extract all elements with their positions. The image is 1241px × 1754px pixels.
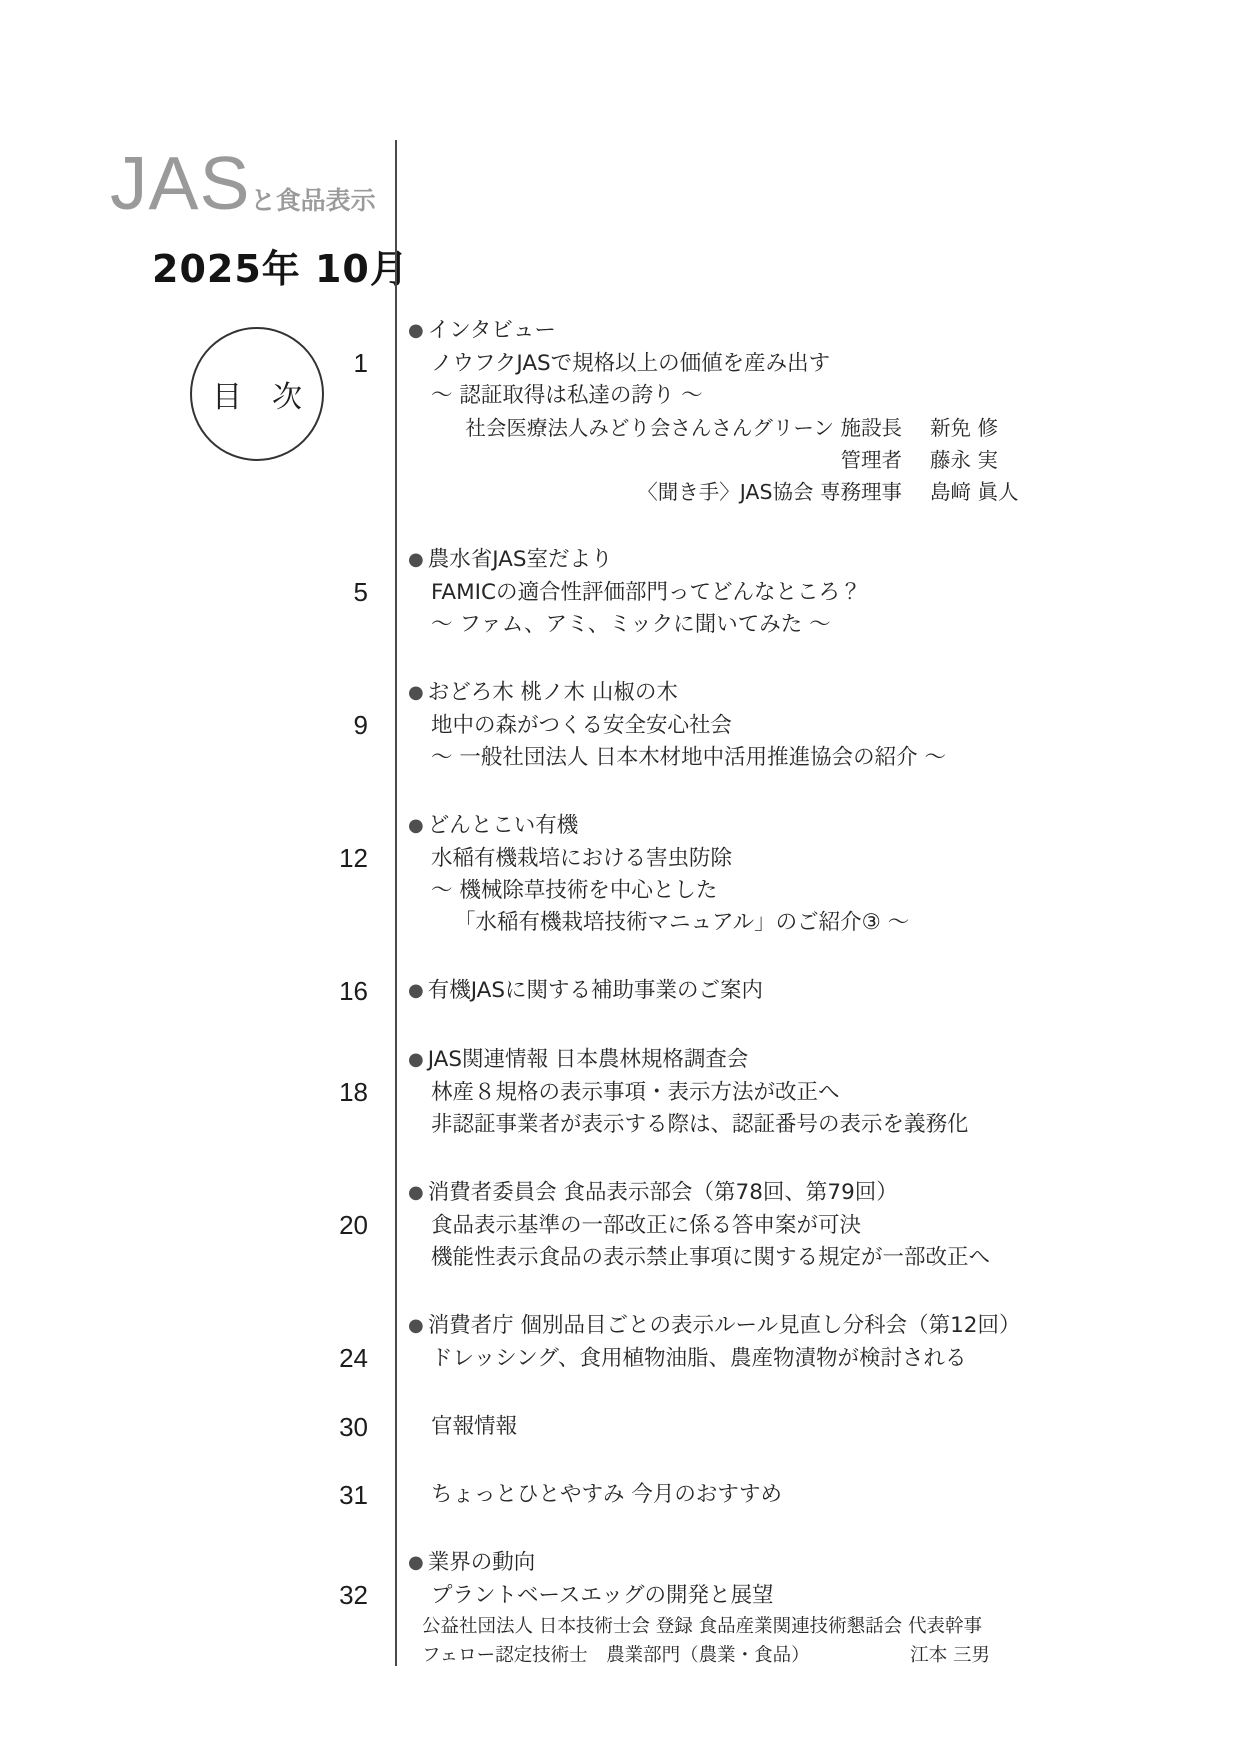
toc-entry-organic: 12 どんとこい有機 水稲有機栽培における害虫防除 ～ 機械除草技術を中心とした…: [0, 810, 1042, 939]
credit-name: 新免 修: [902, 412, 1042, 444]
credit-row: 〈聞き手〉JAS協会 専務理事島﨑 眞人: [408, 476, 1042, 508]
page-number: 9: [0, 677, 368, 774]
section-category-label: どんとこい有機: [428, 813, 579, 838]
article-subtitle-line: 「水稲有機栽培技術マニュアル」のご紹介③ ～: [408, 907, 1042, 939]
article-title-line: 官報情報: [408, 1411, 1042, 1443]
article-subtitle-line: ～ 機械除草技術を中心とした: [408, 875, 1042, 907]
page-number: 24: [0, 1310, 368, 1375]
article-title-line: プラントベースエッグの開発と展望: [408, 1580, 1042, 1612]
page-number: 5: [0, 544, 368, 641]
page-number: 1: [0, 315, 368, 508]
section-category-label: 農水省JAS室だより: [428, 547, 613, 572]
credit-name: 島﨑 眞人: [902, 476, 1042, 508]
article-subtitle-line: 機能性表示食品の表示禁止事項に関する規定が一部改正へ: [408, 1242, 1042, 1274]
toc-entry-consumer-committee: 20 消費者委員会 食品表示部会（第78回、第79回） 食品表示基準の一部改正に…: [0, 1177, 1042, 1274]
toc-entry-jas-info: 18 JAS関連情報 日本農林規格調査会 林産８規格の表示事項・表示方法が改正へ…: [0, 1044, 1042, 1141]
toc-entry-break: 31 ちょっとひとやすみ 今月のおすすめ: [0, 1479, 1042, 1511]
page-number: 31: [0, 1479, 368, 1511]
credit-role: フェロー認定技術士 農業部門（農業・食品）: [422, 1641, 810, 1670]
bullet-icon: [408, 1047, 424, 1072]
toc-entry-odoroki: 9 おどろ木 桃ノ木 山椒の木 地中の森がつくる安全安心社会 ～ 一般社団法人 …: [0, 677, 1042, 774]
article-subtitle-line: ～ 認証取得は私達の誇り ～: [408, 380, 1042, 412]
section-category: インタビュー: [408, 315, 1042, 348]
section-category: JAS関連情報 日本農林規格調査会: [408, 1044, 1042, 1077]
credit-line: 公益社団法人 日本技術士会 登録 食品産業関連技術懇話会 代表幹事: [422, 1612, 990, 1641]
article-subtitle-line: 非認証事業者が表示する際は、認証番号の表示を義務化: [408, 1109, 1042, 1141]
section-category-label: インタビュー: [428, 318, 556, 343]
article-title-line: 地中の森がつくる安全安心社会: [408, 710, 1042, 742]
section-category-label: おどろ木 桃ノ木 山椒の木: [428, 680, 678, 705]
bullet-icon: [408, 1180, 424, 1205]
toc-entry-industry-trends: 32 業界の動向 プラントベースエッグの開発と展望 公益社団法人 日本技術士会 …: [0, 1547, 1042, 1670]
section-category: 業界の動向: [408, 1547, 1042, 1580]
article-title-line: FAMICの適合性評価部門ってどんなところ？: [408, 577, 1042, 609]
article-title-line: ドレッシング、食用植物油脂、農産物漬物が検討される: [408, 1343, 1042, 1375]
bullet-icon: [408, 1550, 424, 1575]
magazine-logo: JASと食品表示: [110, 146, 376, 221]
table-of-contents: 1 インタビュー ノウフクJASで規格以上の価値を産み出す ～ 認証取得は私達の…: [0, 315, 1042, 1670]
toc-entry-subsidy: 16 有機JASに関する補助事業のご案内: [0, 975, 1042, 1008]
article-subtitle-line: ～ ファム、アミ、ミックに聞いてみた ～: [408, 609, 1042, 641]
article-subtitle-line: ～ 一般社団法人 日本木材地中活用推進協会の紹介 ～: [408, 742, 1042, 774]
article-title-line: ノウフクJASで規格以上の価値を産み出す: [408, 348, 1042, 380]
page-number: 32: [0, 1547, 368, 1670]
section-category-label: 有機JASに関する補助事業のご案内: [428, 978, 763, 1003]
credit-name: 江本 三男: [910, 1641, 990, 1670]
bullet-icon: [408, 547, 424, 572]
section-category: 有機JASに関する補助事業のご案内: [408, 975, 1042, 1008]
article-title-line: 水稲有機栽培における害虫防除: [408, 843, 1042, 875]
issue-date: 2025年 10月: [152, 238, 409, 293]
section-category-label: 業界の動向: [428, 1550, 536, 1575]
credit-name: 藤永 実: [902, 444, 1042, 476]
section-category: 消費者委員会 食品表示部会（第78回、第79回）: [408, 1177, 1042, 1210]
section-category: どんとこい有機: [408, 810, 1042, 843]
page-number: 18: [0, 1044, 368, 1141]
section-category: おどろ木 桃ノ木 山椒の木: [408, 677, 1042, 710]
credit-row: 社会医療法人みどり会さんさんグリーン 施設長新免 修: [408, 412, 1042, 444]
section-category: 消費者庁 個別品目ごとの表示ルール見直し分科会（第12回）: [408, 1310, 1042, 1343]
page-number: 20: [0, 1177, 368, 1274]
section-category-label: JAS関連情報 日本農林規格調査会: [428, 1047, 749, 1072]
credit-role: 〈聞き手〉JAS協会 専務理事: [408, 476, 902, 508]
article-title-line: ちょっとひとやすみ 今月のおすすめ: [408, 1479, 1042, 1511]
bullet-icon: [408, 978, 424, 1003]
section-category-label: 消費者委員会 食品表示部会（第78回、第79回）: [428, 1180, 898, 1205]
toc-entry-jas-office: 5 農水省JAS室だより FAMICの適合性評価部門ってどんなところ？ ～ ファ…: [0, 544, 1042, 641]
bullet-icon: [408, 1313, 424, 1338]
bullet-icon: [408, 318, 424, 343]
section-category: 農水省JAS室だより: [408, 544, 1042, 577]
credit-role: 管理者: [408, 444, 902, 476]
article-title-line: 食品表示基準の一部改正に係る答申案が可決: [408, 1210, 1042, 1242]
magazine-logo-sub: と食品表示: [251, 187, 376, 215]
magazine-logo-main: JAS: [110, 141, 251, 225]
page-number: 16: [0, 975, 368, 1008]
credit-row: 管理者藤永 実: [408, 444, 1042, 476]
bullet-icon: [408, 680, 424, 705]
credit-role: 社会医療法人みどり会さんさんグリーン 施設長: [408, 412, 902, 444]
toc-entry-interview: 1 インタビュー ノウフクJASで規格以上の価値を産み出す ～ 認証取得は私達の…: [0, 315, 1042, 508]
toc-entry-consumer-agency: 24 消費者庁 個別品目ごとの表示ルール見直し分科会（第12回） ドレッシング、…: [0, 1310, 1042, 1375]
page-number: 12: [0, 810, 368, 939]
toc-entry-kanpo: 30 官報情報: [0, 1411, 1042, 1443]
article-title-line: 林産８規格の表示事項・表示方法が改正へ: [408, 1077, 1042, 1109]
bullet-icon: [408, 813, 424, 838]
credit-row: フェロー認定技術士 農業部門（農業・食品）江本 三男: [422, 1641, 990, 1670]
section-category-label: 消費者庁 個別品目ごとの表示ルール見直し分科会（第12回）: [428, 1313, 1021, 1338]
page-number: 30: [0, 1411, 368, 1443]
